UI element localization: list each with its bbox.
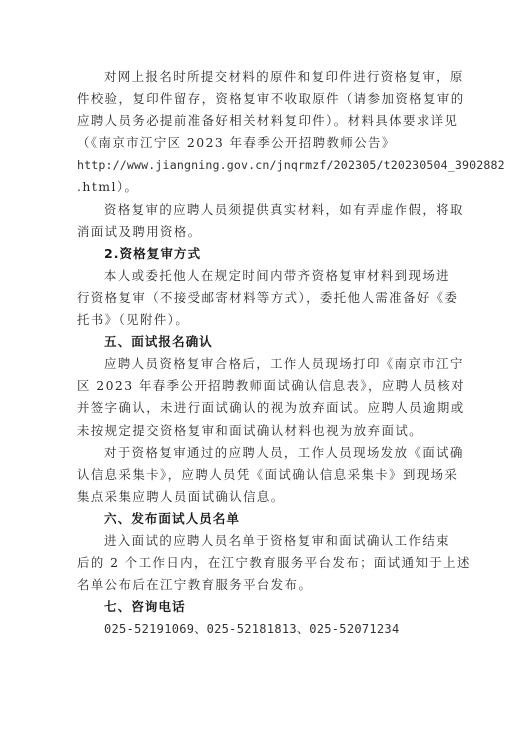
paragraph-line: 认信息采集卡》，应聘人员凭《面试确认信息采集卡》到现场采: [77, 464, 445, 486]
paragraph-line: 行资格复审（不接受邮寄材料等方式），委托他人需准备好《委: [77, 287, 445, 309]
paragraph-line: 进入面试的应聘人员名单于资格复审和面试确认工作结束: [77, 530, 445, 552]
paragraph-line: 对于资格复审通过的应聘人员，工作人员现场发放《面试确: [77, 442, 445, 464]
paragraph-line: 后的 2 个工作日内，在江宁教育服务平台发布；面试通知于上述: [77, 552, 445, 574]
paragraph-line: .html）。: [77, 176, 445, 198]
paragraph-line: 名单公布后在江宁教育服务平台发布。: [77, 574, 445, 596]
section-heading-review-method: 2.资格复审方式: [77, 243, 445, 265]
paragraph-line: 未按规定提交资格复审和面试确认材料也视为放弃面试。: [77, 420, 445, 442]
section-heading-interview-confirmation: 五、面试报名确认: [77, 331, 445, 353]
paragraph-line: 消面试及聘用资格。: [77, 221, 445, 243]
section-heading-publish-list: 六、发布面试人员名单: [77, 508, 445, 530]
paragraph-line: （《南京市江宁区 2023 年春季公开招聘教师公告》: [77, 132, 445, 154]
contact-phone-numbers: 025-52191069、025-52181813、025-52071234: [77, 618, 445, 640]
document-page: 对网上报名时所提交材料的原件和复印件进行资格复审，原 件校验，复印件留存，资格复…: [77, 66, 445, 640]
paragraph-line: 应聘人员资格复审合格后，工作人员现场打印《南京市江宁: [77, 353, 445, 375]
announcement-link[interactable]: http://www.jiangning.gov.cn/jnqrmzf/2023…: [77, 154, 445, 176]
section-heading-contact: 七、咨询电话: [77, 596, 445, 618]
paragraph-line: 托书》（见附件）。: [77, 309, 445, 331]
paragraph-line: 件校验，复印件留存，资格复审不收取原件（请参加资格复审的: [77, 88, 445, 110]
paragraph-line: 对网上报名时所提交材料的原件和复印件进行资格复审，原: [77, 66, 445, 88]
paragraph-line: 区 2023 年春季公开招聘教师面试确认信息表》，应聘人员核对: [77, 375, 445, 397]
paragraph-line: 资格复审的应聘人员须提供真实材料，如有弄虚作假，将取: [77, 199, 445, 221]
paragraph-line: 应聘人员务必提前准备好相关材料复印件）。材料具体要求详见: [77, 110, 445, 132]
paragraph-line: 本人或委托他人在规定时间内带齐资格复审材料到现场进: [77, 265, 445, 287]
paragraph-line: 并签字确认，未进行面试确认的视为放弃面试。应聘人员逾期或: [77, 397, 445, 419]
paragraph-line: 集点采集应聘人员面试确认信息。: [77, 486, 445, 508]
